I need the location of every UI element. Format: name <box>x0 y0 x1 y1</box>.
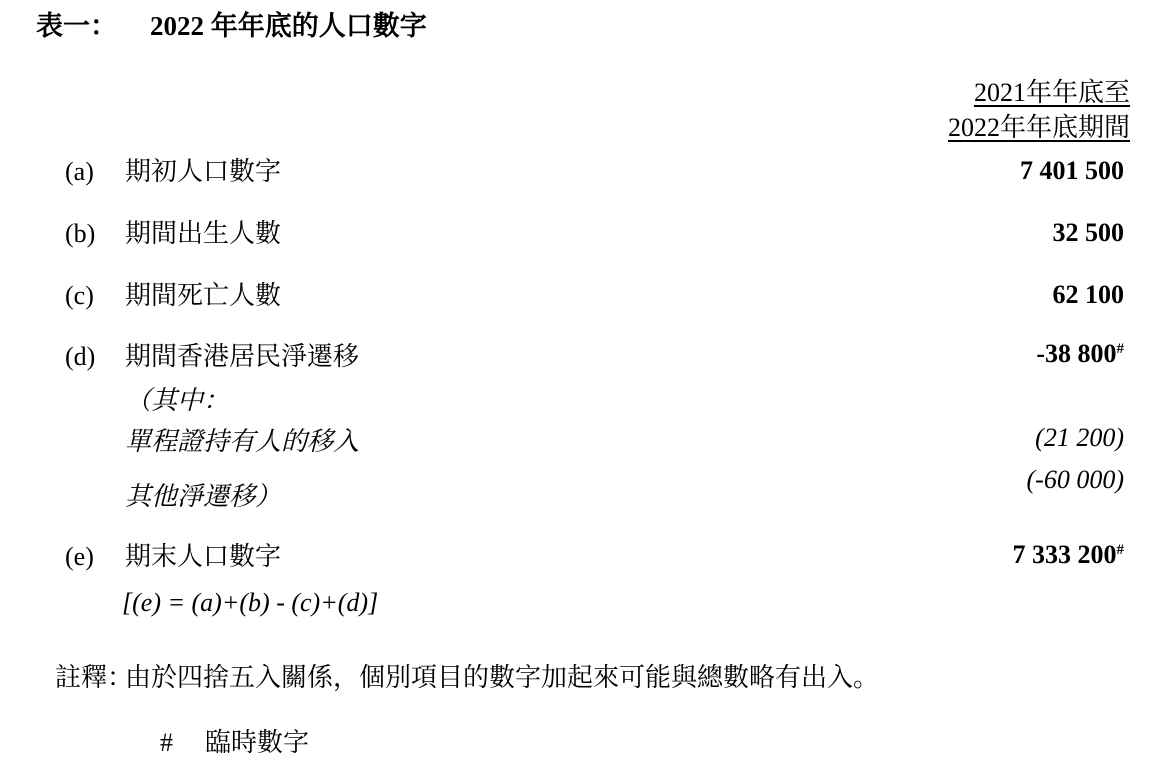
row-a-value: 7 401 500 <box>1020 156 1124 186</box>
row-d-letter: (d) <box>65 342 95 372</box>
row-d-sub2-label: 其他淨遷移） <box>125 482 281 512</box>
period-header-line2: 2022年年底期間 <box>948 113 1130 143</box>
hash-footnote-text: 臨時數字 <box>205 728 309 758</box>
provisional-hash-mark: # <box>1117 341 1125 357</box>
page-title: 表一：2022 年年底的人口數字 <box>36 11 427 41</box>
row-a-letter: (a) <box>65 157 94 187</box>
notes-label: 註釋： <box>55 663 133 693</box>
row-c-label: 期間死亡人數 <box>125 281 281 311</box>
row-e-value: 7 333 200# <box>1013 540 1125 570</box>
row-b-label: 期間出生人數 <box>125 219 281 249</box>
row-d-sub1-label: 單程證持有人的移入 <box>125 427 359 457</box>
row-d-sub-open: （其中： <box>125 386 229 416</box>
table-number-label: 表一： <box>36 11 117 41</box>
population-table-document: 表一：2022 年年底的人口數字 2021年年底至 2022年年底期間 (a) … <box>0 0 1173 772</box>
row-e-value-number: 7 333 200 <box>1013 540 1117 569</box>
row-d-label: 期間香港居民淨遷移 <box>125 342 359 372</box>
row-b-letter: (b) <box>65 219 95 249</box>
provisional-hash-mark: # <box>1117 542 1125 558</box>
table-title-text: 2022 年年底的人口數字 <box>150 11 427 41</box>
row-d-sub1-value: (21 200) <box>1035 423 1124 453</box>
row-d-value-number: -38 800 <box>1036 339 1116 368</box>
row-b-value: 32 500 <box>1053 218 1125 248</box>
period-header-line1: 2021年年底至 <box>974 78 1130 108</box>
row-e-label: 期末人口數字 <box>125 542 281 572</box>
hash-footnote-symbol: # <box>160 728 173 758</box>
row-d-sub2-value: (-60 000) <box>1027 465 1124 495</box>
row-a-label: 期初人口數字 <box>125 157 281 187</box>
notes-text: 由於四捨五入關係，個別項目的數字加起來可能與總數略有出入。 <box>125 663 879 693</box>
row-c-letter: (c) <box>65 281 94 311</box>
row-e-formula: [(e) = (a)+(b) - (c)+(d)] <box>122 588 378 618</box>
row-d-value: -38 800# <box>1036 339 1124 369</box>
row-e-letter: (e) <box>65 542 94 572</box>
row-c-value: 62 100 <box>1053 280 1125 310</box>
